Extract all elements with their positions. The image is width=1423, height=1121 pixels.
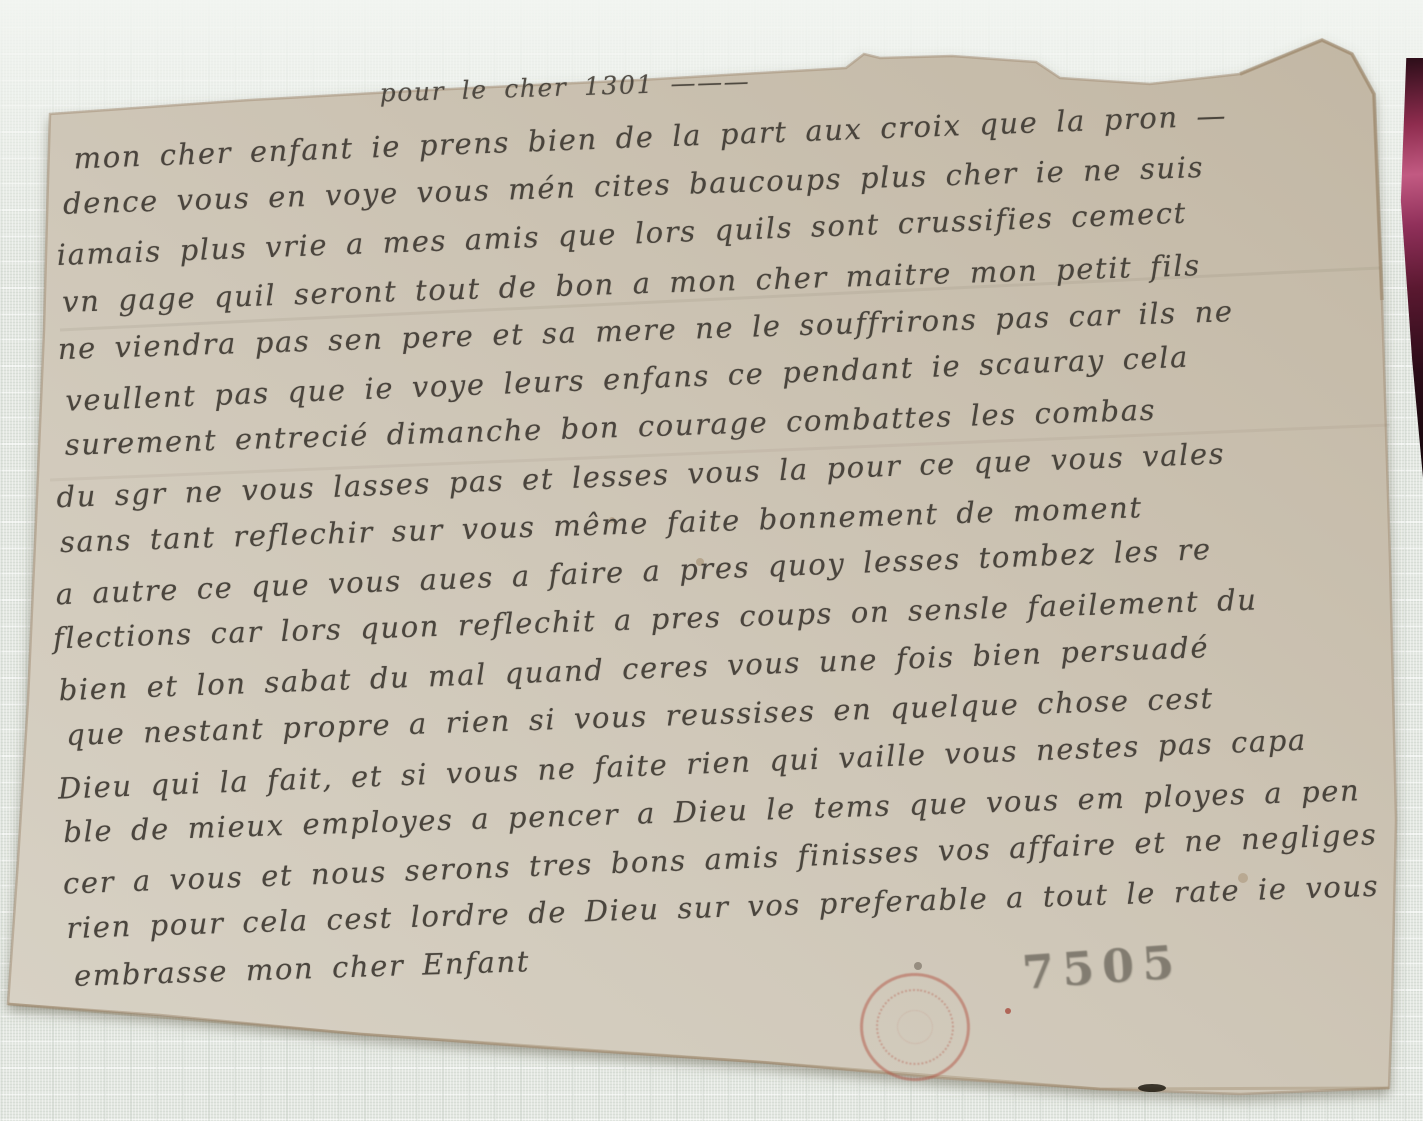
dark-edge-speck [1138,1084,1166,1092]
red-ink-speck [1005,1008,1011,1014]
letter-heading: pour le cher 1301 ——— [379,67,751,108]
handwritten-letter-text: pour le cher 1301 ——— mon cher enfant ie… [29,31,1399,1034]
catalog-number-stamp: 7505 [1020,934,1183,999]
manuscript-line-18: embrasse mon cher Enfant [73,944,530,993]
photograph-of-manuscript: { "scene": { "description_colors": { "ba… [0,0,1423,1121]
